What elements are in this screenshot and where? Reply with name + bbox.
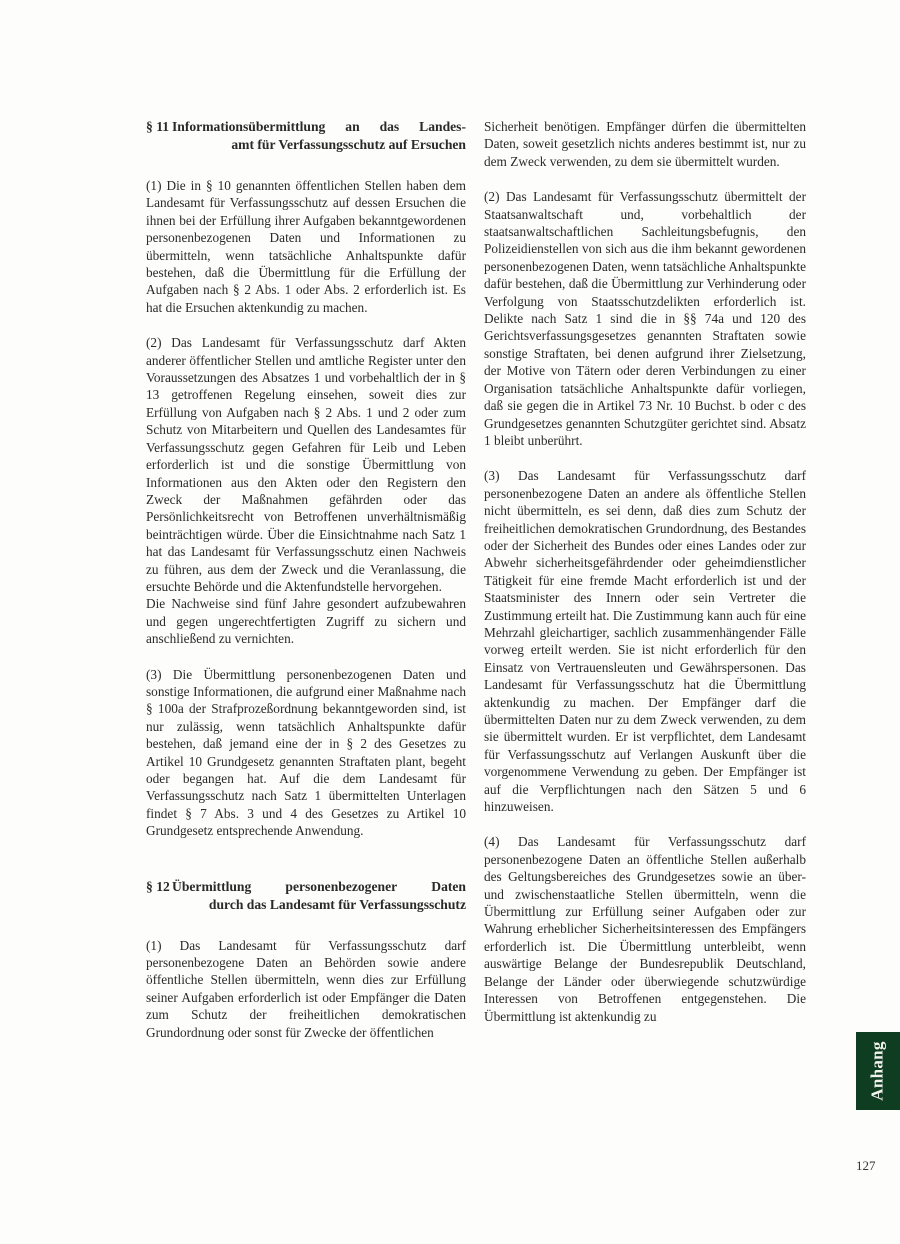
section-12-heading: § 12Übermittlung personenbezogener Daten…: [146, 878, 466, 914]
section-number: § 12: [146, 878, 172, 896]
side-tab-label: Anhang: [868, 1041, 888, 1100]
paragraph: (1) Die in § 10 genannten öffentlichen S…: [146, 177, 466, 316]
paragraph: (2) Das Landesamt für Verfassungsschutz …: [484, 188, 806, 449]
paragraph: (2) Das Landesamt für Verfassungsschutz …: [146, 334, 466, 595]
left-column: § 11Informationsübermittlung an das Land…: [146, 118, 466, 1041]
section-11-heading: § 11Informationsübermittlung an das Land…: [146, 118, 466, 154]
paragraph: (3) Das Landesamt für Verfassungsschutz …: [484, 467, 806, 815]
paragraph: Sicherheit benötigen. Empfänger dürfen d…: [484, 118, 806, 170]
section-title-line2: durch das Landesamt für Verfassungsschut…: [146, 896, 466, 914]
page-number: 127: [856, 1158, 876, 1174]
section-title-line2: amt für Verfassungsschutz auf Ersuchen: [146, 136, 466, 154]
paragraph: (1) Das Landesamt für Verfassungsschutz …: [146, 937, 466, 1041]
right-column: Sicherheit benötigen. Empfänger dürfen d…: [484, 118, 806, 1025]
paragraph: Die Nachweise sind fünf Jahre gesondert …: [146, 595, 466, 647]
paragraph: (3) Die Übermittlung personenbezogenen D…: [146, 666, 466, 840]
paragraph: (4) Das Landesamt für Verfassungsschutz …: [484, 833, 806, 1024]
side-tab-anhang: Anhang: [856, 1032, 900, 1110]
section-number: § 11: [146, 118, 172, 136]
